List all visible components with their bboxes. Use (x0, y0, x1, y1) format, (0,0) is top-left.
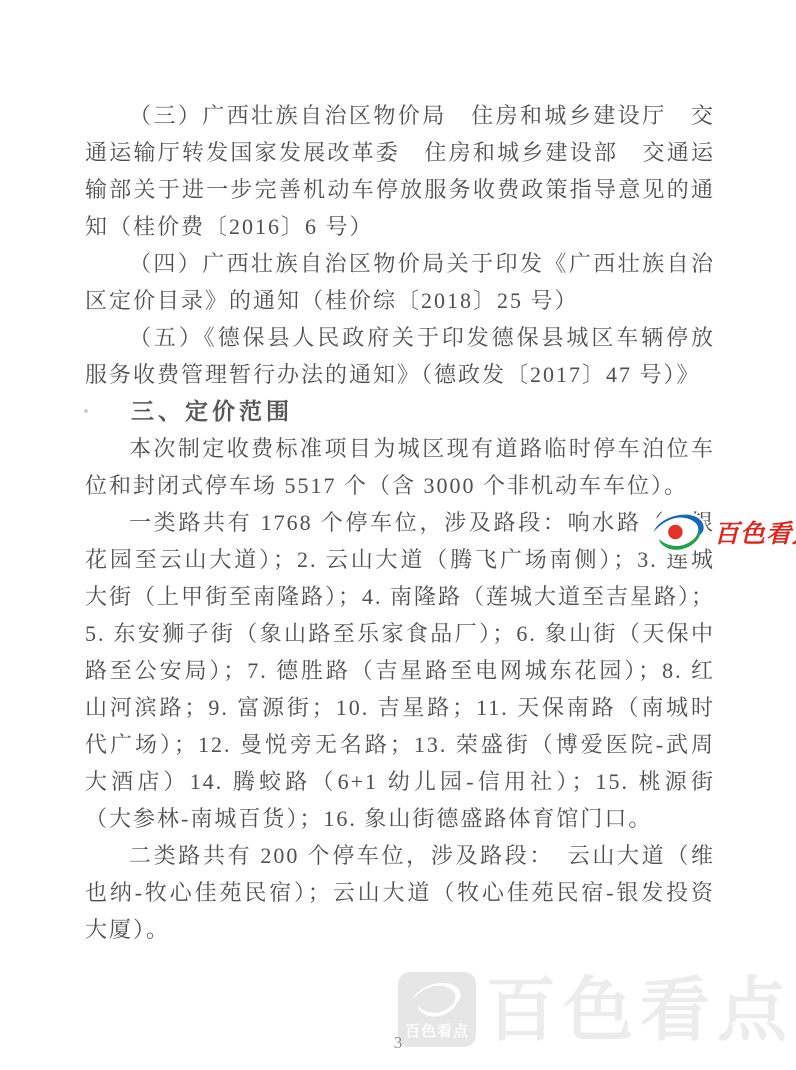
paragraph-class2-roads: 二类路共有 200 个停车位，涉及路段： 云山大道（维也纳-牧心佳苑民宿）；云山… (85, 837, 715, 948)
watermark-side: 百色看点 (650, 508, 796, 556)
paragraph-class1-roads: 一类路共有 1768 个停车位，涉及路段：响水路（华银花园至云山大道）；2. 云… (85, 504, 715, 837)
paragraph-ref-3: （三）广西壮族自治区物价局 住房和城乡建设厅 交通运输厅转发国家发展改革委 住房… (85, 97, 715, 245)
watermark-side-label: 百色看点 (714, 514, 796, 550)
paragraph-ref-5: （五）《德保县人民政府关于印发德保县城区车辆停放服务收费管理暂行办法的通知》（德… (85, 319, 715, 393)
document-page: （三）广西壮族自治区物价局 住房和城乡建设厅 交通运输厅转发国家发展改革委 住房… (0, 0, 796, 1070)
paragraph-ref-4: （四）广西壮族自治区物价局关于印发《广西壮族自治区定价目录》的通知（桂价综〔20… (85, 245, 715, 319)
baise-kandian-swirl-icon (650, 508, 708, 556)
page-number: 3 (0, 1033, 796, 1053)
section-heading-pricing-scope: 三、定价范围 (85, 393, 715, 430)
paragraph-pricing-scope-intro: 本次制定收费标准项目为城区现有道路临时停车泊位车位和封闭式停车场 5517 个（… (85, 430, 715, 504)
baise-kandian-swirl-icon-white (407, 977, 467, 1022)
scan-artifact-speck (84, 409, 88, 413)
document-content: （三）广西壮族自治区物价局 住房和城乡建设厅 交通运输厅转发国家发展改革委 住房… (85, 97, 715, 948)
